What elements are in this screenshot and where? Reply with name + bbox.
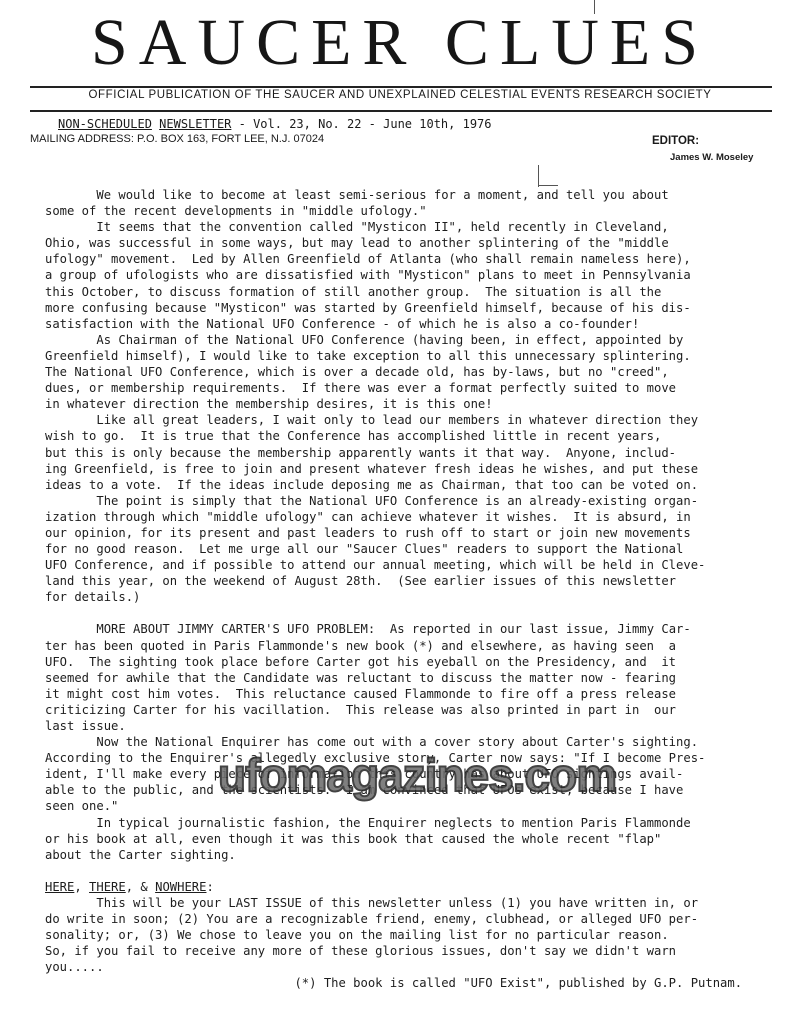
text-line: The point is simply that the National UF… xyxy=(45,493,785,509)
text-line: land this year, on the weekend of August… xyxy=(45,573,785,589)
text-line: Like all great leaders, I wait only to l… xyxy=(45,412,785,428)
footnote: (*) The book is called "UFO Exist", publ… xyxy=(45,975,785,991)
text-line: more confusing because "Mysticon" was st… xyxy=(45,300,785,316)
scan-mark xyxy=(538,185,558,186)
text-line: In typical journalistic fashion, the Enq… xyxy=(45,815,785,831)
carter-heading: MORE ABOUT JIMMY CARTER'S UFO PROBLEM: xyxy=(96,622,375,636)
text-line: do write in soon; (2) You are a recogniz… xyxy=(45,911,785,927)
text-line: As Chairman of the National UFO Conferen… xyxy=(45,332,785,348)
text-line: about the Carter sighting. xyxy=(45,847,785,863)
text-line: UFO Conference, and if possible to atten… xyxy=(45,557,785,573)
text-line: wish to go. It is true that the Conferen… xyxy=(45,428,785,444)
text-line: ing Greenfield, is free to join and pres… xyxy=(45,461,785,477)
masthead-subtitle: OFFICIAL PUBLICATION OF THE SAUCER AND U… xyxy=(0,89,800,101)
text-line: for no good reason. Let me urge all our … xyxy=(45,541,785,557)
text-line: Now the National Enquirer has come out w… xyxy=(45,734,785,750)
scan-mark xyxy=(594,0,595,14)
text-line: dues, or membership requirements. If the… xyxy=(45,380,785,396)
editor-label: EDITOR: xyxy=(652,135,699,147)
mailing-address: MAILING ADDRESS: P.O. BOX 163, FORT LEE,… xyxy=(30,133,324,145)
issue-details: - Vol. 23, No. 22 - June 10th, 1976 xyxy=(231,117,491,131)
text-line: you..... xyxy=(45,959,785,975)
text-line: our opinion, for its present and past le… xyxy=(45,525,785,541)
issue-type-word2: NEWSLETTER xyxy=(159,117,231,131)
text-line: The National UFO Conference, which is ov… xyxy=(45,364,785,380)
text-line: last issue. xyxy=(45,718,785,734)
text-line: So, if you fail to receive any more of t… xyxy=(45,943,785,959)
text-line: Ohio, was successful in some ways, but m… xyxy=(45,235,785,251)
issue-line: NON-SCHEDULED NEWSLETTER - Vol. 23, No. … xyxy=(58,117,492,131)
text-line: in whatever direction the membership des… xyxy=(45,396,785,412)
masthead-title: SAUCER CLUES xyxy=(0,10,800,76)
text-line: Greenfield himself), I would like to tak… xyxy=(45,348,785,364)
text-line: criticizing Carter for his vacillation. … xyxy=(45,702,785,718)
text-line: ter has been quoted in Paris Flammonde's… xyxy=(45,638,785,654)
text-line: sonality; or, (3) We chose to leave you … xyxy=(45,927,785,943)
text-line: some of the recent developments in "midd… xyxy=(45,203,785,219)
watermark: ufomagazines.com xyxy=(218,752,616,798)
text-line: ideas to a vote. If the ideas include de… xyxy=(45,477,785,493)
text-line: this October, to discuss formation of st… xyxy=(45,284,785,300)
here-there-heading: HERE, THERE, & NOWHERE: xyxy=(45,879,785,895)
carter-heading-line: MORE ABOUT JIMMY CARTER'S UFO PROBLEM: A… xyxy=(45,621,785,637)
text-line: satisfaction with the National UFO Confe… xyxy=(45,316,785,332)
article-carter-ufo: MORE ABOUT JIMMY CARTER'S UFO PROBLEM: A… xyxy=(45,621,785,862)
text-line: or his book at all, even though it was t… xyxy=(45,831,785,847)
text-line: a group of ufologists who are dissatisfi… xyxy=(45,267,785,283)
text-line: it might cost him votes. This reluctance… xyxy=(45,686,785,702)
text-line: for details.) xyxy=(45,589,785,605)
issue-type-word1: NON-SCHEDULED xyxy=(58,117,152,131)
article-here-there-nowhere: HERE, THERE, & NOWHERE: This will be you… xyxy=(45,879,785,992)
text-line: UFO. The sighting took place before Cart… xyxy=(45,654,785,670)
text-line: seemed for awhile that the Candidate was… xyxy=(45,670,785,686)
text-line: It seems that the convention called "Mys… xyxy=(45,219,785,235)
text-line: We would like to become at least semi-se… xyxy=(45,187,785,203)
text-line: ufology" movement. Led by Allen Greenfie… xyxy=(45,251,785,267)
bottom-rule xyxy=(30,110,772,112)
newsletter-body: We would like to become at least semi-se… xyxy=(45,187,785,992)
text-line: ization through which "middle ufology" c… xyxy=(45,509,785,525)
editor-name: James W. Moseley xyxy=(670,152,753,163)
text-line: but this is only because the membership … xyxy=(45,445,785,461)
top-rule xyxy=(30,86,772,88)
article-middle-ufology: We would like to become at least semi-se… xyxy=(45,187,785,605)
text-line: This will be your LAST ISSUE of this new… xyxy=(45,895,785,911)
scan-mark xyxy=(538,165,539,187)
